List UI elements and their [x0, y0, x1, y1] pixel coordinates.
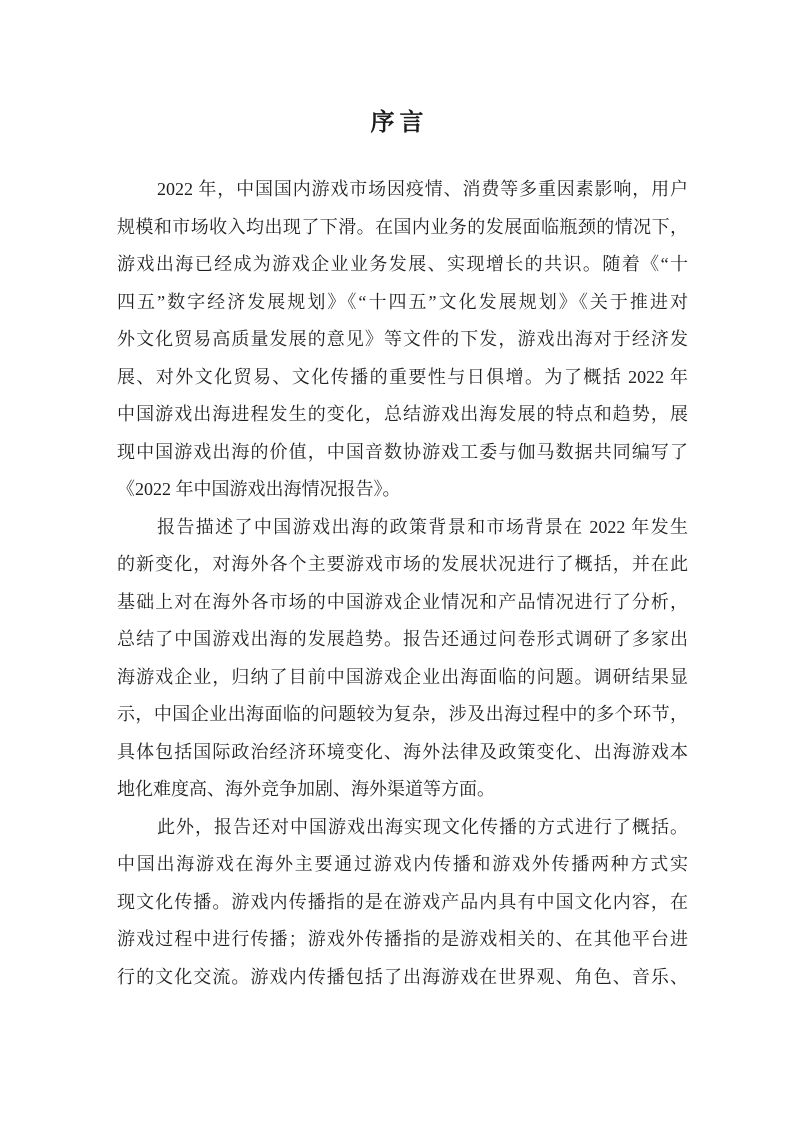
- paragraph: 2022 年，中国国内游戏市场因疫情、消费等多重因素影响，用户规模和市场收入均出…: [117, 171, 688, 509]
- document-page: 序言 2022 年，中国国内游戏市场因疫情、消费等多重因素影响，用户规模和市场收…: [0, 0, 794, 1123]
- text-line: 现中国游戏出海的价值，中国音数协游戏工委与伽马数据共同编写了: [117, 434, 688, 472]
- text-line: 示，中国企业出海面临的问题较为复杂，涉及出海过程中的多个环节，: [117, 696, 688, 734]
- page-title: 序言: [0, 106, 794, 140]
- text-line: 游戏过程中进行传播；游戏外传播指的是游戏相关的、在其他平台进: [117, 921, 688, 959]
- text-line: 规模和市场收入均出现了下滑。在国内业务的发展面临瓶颈的情况下，: [117, 209, 688, 247]
- text-line: 四五”数字经济发展规划》《“十四五”文化发展规划》《关于推进对: [117, 284, 688, 322]
- text-line: 2022 年，中国国内游戏市场因疫情、消费等多重因素影响，用户: [117, 171, 688, 209]
- text-line: 中国游戏出海进程发生的变化，总结游戏出海发展的特点和趋势，展: [117, 396, 688, 434]
- text-line: 游戏出海已经成为游戏企业业务发展、实现增长的共识。随着《“十: [117, 246, 688, 284]
- text-line: 具体包括国际政治经济环境变化、海外法律及政策变化、出海游戏本: [117, 734, 688, 772]
- text-line: 现文化传播。游戏内传播指的是在游戏产品内具有中国文化内容，在: [117, 884, 688, 922]
- text-line: 地化难度高、海外竞争加剧、海外渠道等方面。: [117, 771, 688, 809]
- text-line: 《2022 年中国游戏出海情况报告》。: [117, 471, 688, 509]
- text-line: 报告描述了中国游戏出海的政策背景和市场背景在 2022 年发生: [117, 509, 688, 547]
- text-line: 展、对外文化贸易、文化传播的重要性与日俱增。为了概括 2022 年: [117, 359, 688, 397]
- text-line: 基础上对在海外各市场的中国游戏企业情况和产品情况进行了分析，: [117, 584, 688, 622]
- text-line: 中国出海游戏在海外主要通过游戏内传播和游戏外传播两种方式实: [117, 846, 688, 884]
- text-line: 此外，报告还对中国游戏出海实现文化传播的方式进行了概括。: [117, 809, 688, 847]
- document-body: 2022 年，中国国内游戏市场因疫情、消费等多重因素影响，用户规模和市场收入均出…: [117, 171, 688, 996]
- paragraph: 报告描述了中国游戏出海的政策背景和市场背景在 2022 年发生的新变化，对海外各…: [117, 509, 688, 809]
- text-line: 总结了中国游戏出海的发展趋势。报告还通过问卷形式调研了多家出: [117, 621, 688, 659]
- text-line: 海游戏企业，归纳了目前中国游戏企业出海面临的问题。调研结果显: [117, 659, 688, 697]
- text-line: 外文化贸易高质量发展的意见》等文件的下发，游戏出海对于经济发: [117, 321, 688, 359]
- text-line: 的新变化，对海外各个主要游戏市场的发展状况进行了概括，并在此: [117, 546, 688, 584]
- paragraph: 此外，报告还对中国游戏出海实现文化传播的方式进行了概括。中国出海游戏在海外主要通…: [117, 809, 688, 997]
- text-line: 行的文化交流。游戏内传播包括了出海游戏在世界观、角色、音乐、: [117, 959, 688, 997]
